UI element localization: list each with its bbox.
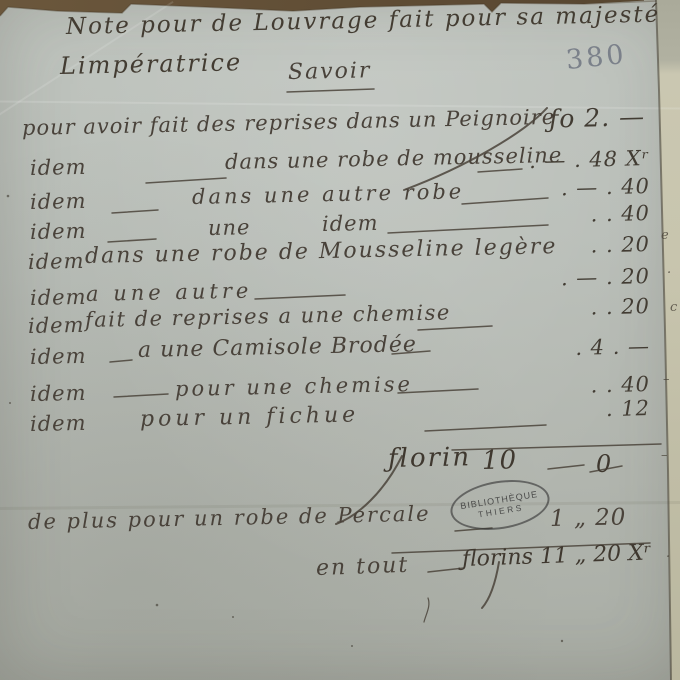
item-idem: idem	[30, 221, 87, 243]
adjacent-page-ink-fragment: –	[663, 372, 670, 387]
savoir-heading: Savoir	[288, 60, 372, 84]
note-subtitle: Limpératrice	[60, 50, 243, 78]
item-amount: . . 40	[500, 203, 650, 228]
item-amount: . . 20	[500, 234, 650, 259]
adjacent-page-ink-fragment: .	[667, 262, 671, 277]
addendum-amount: 1 „ 20	[550, 506, 627, 531]
item-description: a une autre	[86, 281, 253, 305]
item-idem: idem	[30, 346, 87, 368]
item-description: a une Camisole Brodée	[138, 334, 417, 362]
archive-number: 380	[565, 39, 628, 76]
subtotal-cancelled-zero: 0	[596, 452, 613, 476]
item-amount: . . 40	[500, 374, 650, 399]
photograph-of-manuscript: Note pour de Louvrage fait pour sa majes…	[0, 0, 680, 680]
item-amount: . — . 40	[500, 176, 650, 201]
item-idem: idem	[28, 315, 85, 337]
subtotal-currency: ƒlorin	[388, 444, 472, 472]
subtotal-value: 10	[482, 447, 518, 474]
item-idem: idem	[30, 383, 87, 405]
adjacent-page-ink-fragment: –	[661, 448, 668, 463]
item-idem: idem	[30, 157, 87, 179]
item-amount: . 4 . —	[500, 336, 650, 361]
item-description: une	[208, 217, 251, 239]
item-amount: ƒo 2. —	[505, 104, 646, 133]
adjacent-page-ink-fragment: .	[666, 546, 670, 561]
item-amount: . . 20	[500, 296, 650, 321]
item-description: pour un fichue	[140, 404, 360, 431]
item-description: idem	[322, 213, 379, 235]
item-description: dans une autre robe	[192, 181, 465, 208]
item-description: pour une chemise	[175, 374, 413, 400]
item-amount: . — . 48 Xʳ	[500, 148, 650, 173]
item-idem: idem	[30, 287, 87, 309]
item-amount: . 12	[500, 398, 650, 423]
item-idem: idem	[28, 251, 85, 273]
item-idem: idem	[30, 413, 87, 435]
grand-total-label: en tout	[316, 555, 410, 580]
item-amount: . — . 20	[500, 266, 650, 291]
adjacent-page-ink-fragment: c	[670, 300, 677, 315]
adjacent-page-ink-fragment: e	[661, 228, 669, 243]
item-idem: idem	[30, 191, 87, 213]
